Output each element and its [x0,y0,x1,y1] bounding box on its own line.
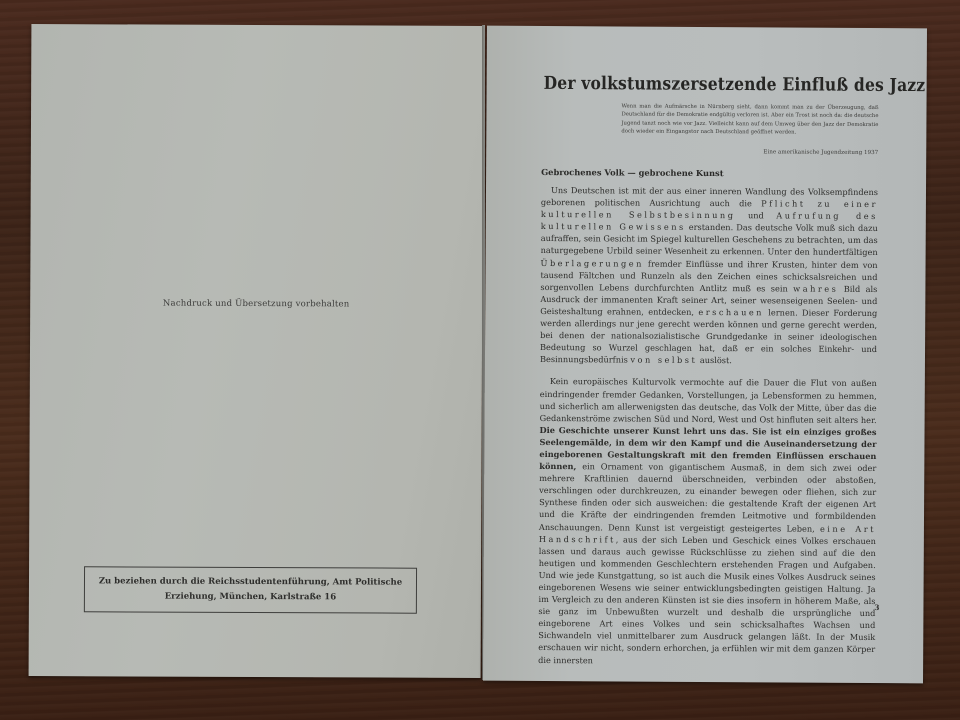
page-number: 3 [874,603,879,612]
body-paragraph-1: Uns Deutschen ist mit der aus einer inne… [540,184,878,367]
article-title: Der volkstumszersetzende Einfluß des Jaz… [544,72,884,96]
left-page: Nachdruck und Übersetzung vorbehalten Zu… [29,24,484,678]
emphasized-text: wahres [793,283,838,293]
section-heading: Gebrochenes Volk — gebrochene Kunst [541,167,723,178]
text-run: und [735,210,776,220]
emphasized-text: von selbst [630,355,697,365]
right-page: Der volkstumszersetzende Einfluß des Jaz… [483,26,927,684]
emphasized-text: erschauen [698,307,764,317]
imprint-line-1: Zu beziehen durch die Reichsstudentenfüh… [99,576,402,587]
epigraph-source: Eine amerikanische Jugendzeitung 1937 [686,149,878,156]
body-paragraph-2: Kein europäisches Kulturvolk vermochte a… [538,375,877,667]
text-run: auslöst. [697,355,732,365]
text-run: , aus der sich Leben und Geschick eines … [538,534,876,665]
emphasized-text: Überlagerungen [541,258,644,269]
epigraph-quote: Wenn man die Aufmärsche in Nürnberg sieh… [621,102,878,137]
imprint-line-2: Erziehung, München, Karlstraße 16 [165,592,336,603]
text-run: Kein europäisches Kulturvolk vermochte a… [540,376,877,424]
publisher-imprint-box: Zu beziehen durch die Reichsstudentenfüh… [84,566,417,613]
article-body: Uns Deutschen ist mit der aus einer inne… [538,184,878,668]
copyright-notice: Nachdruck und Übersetzung vorbehalten [30,298,482,310]
